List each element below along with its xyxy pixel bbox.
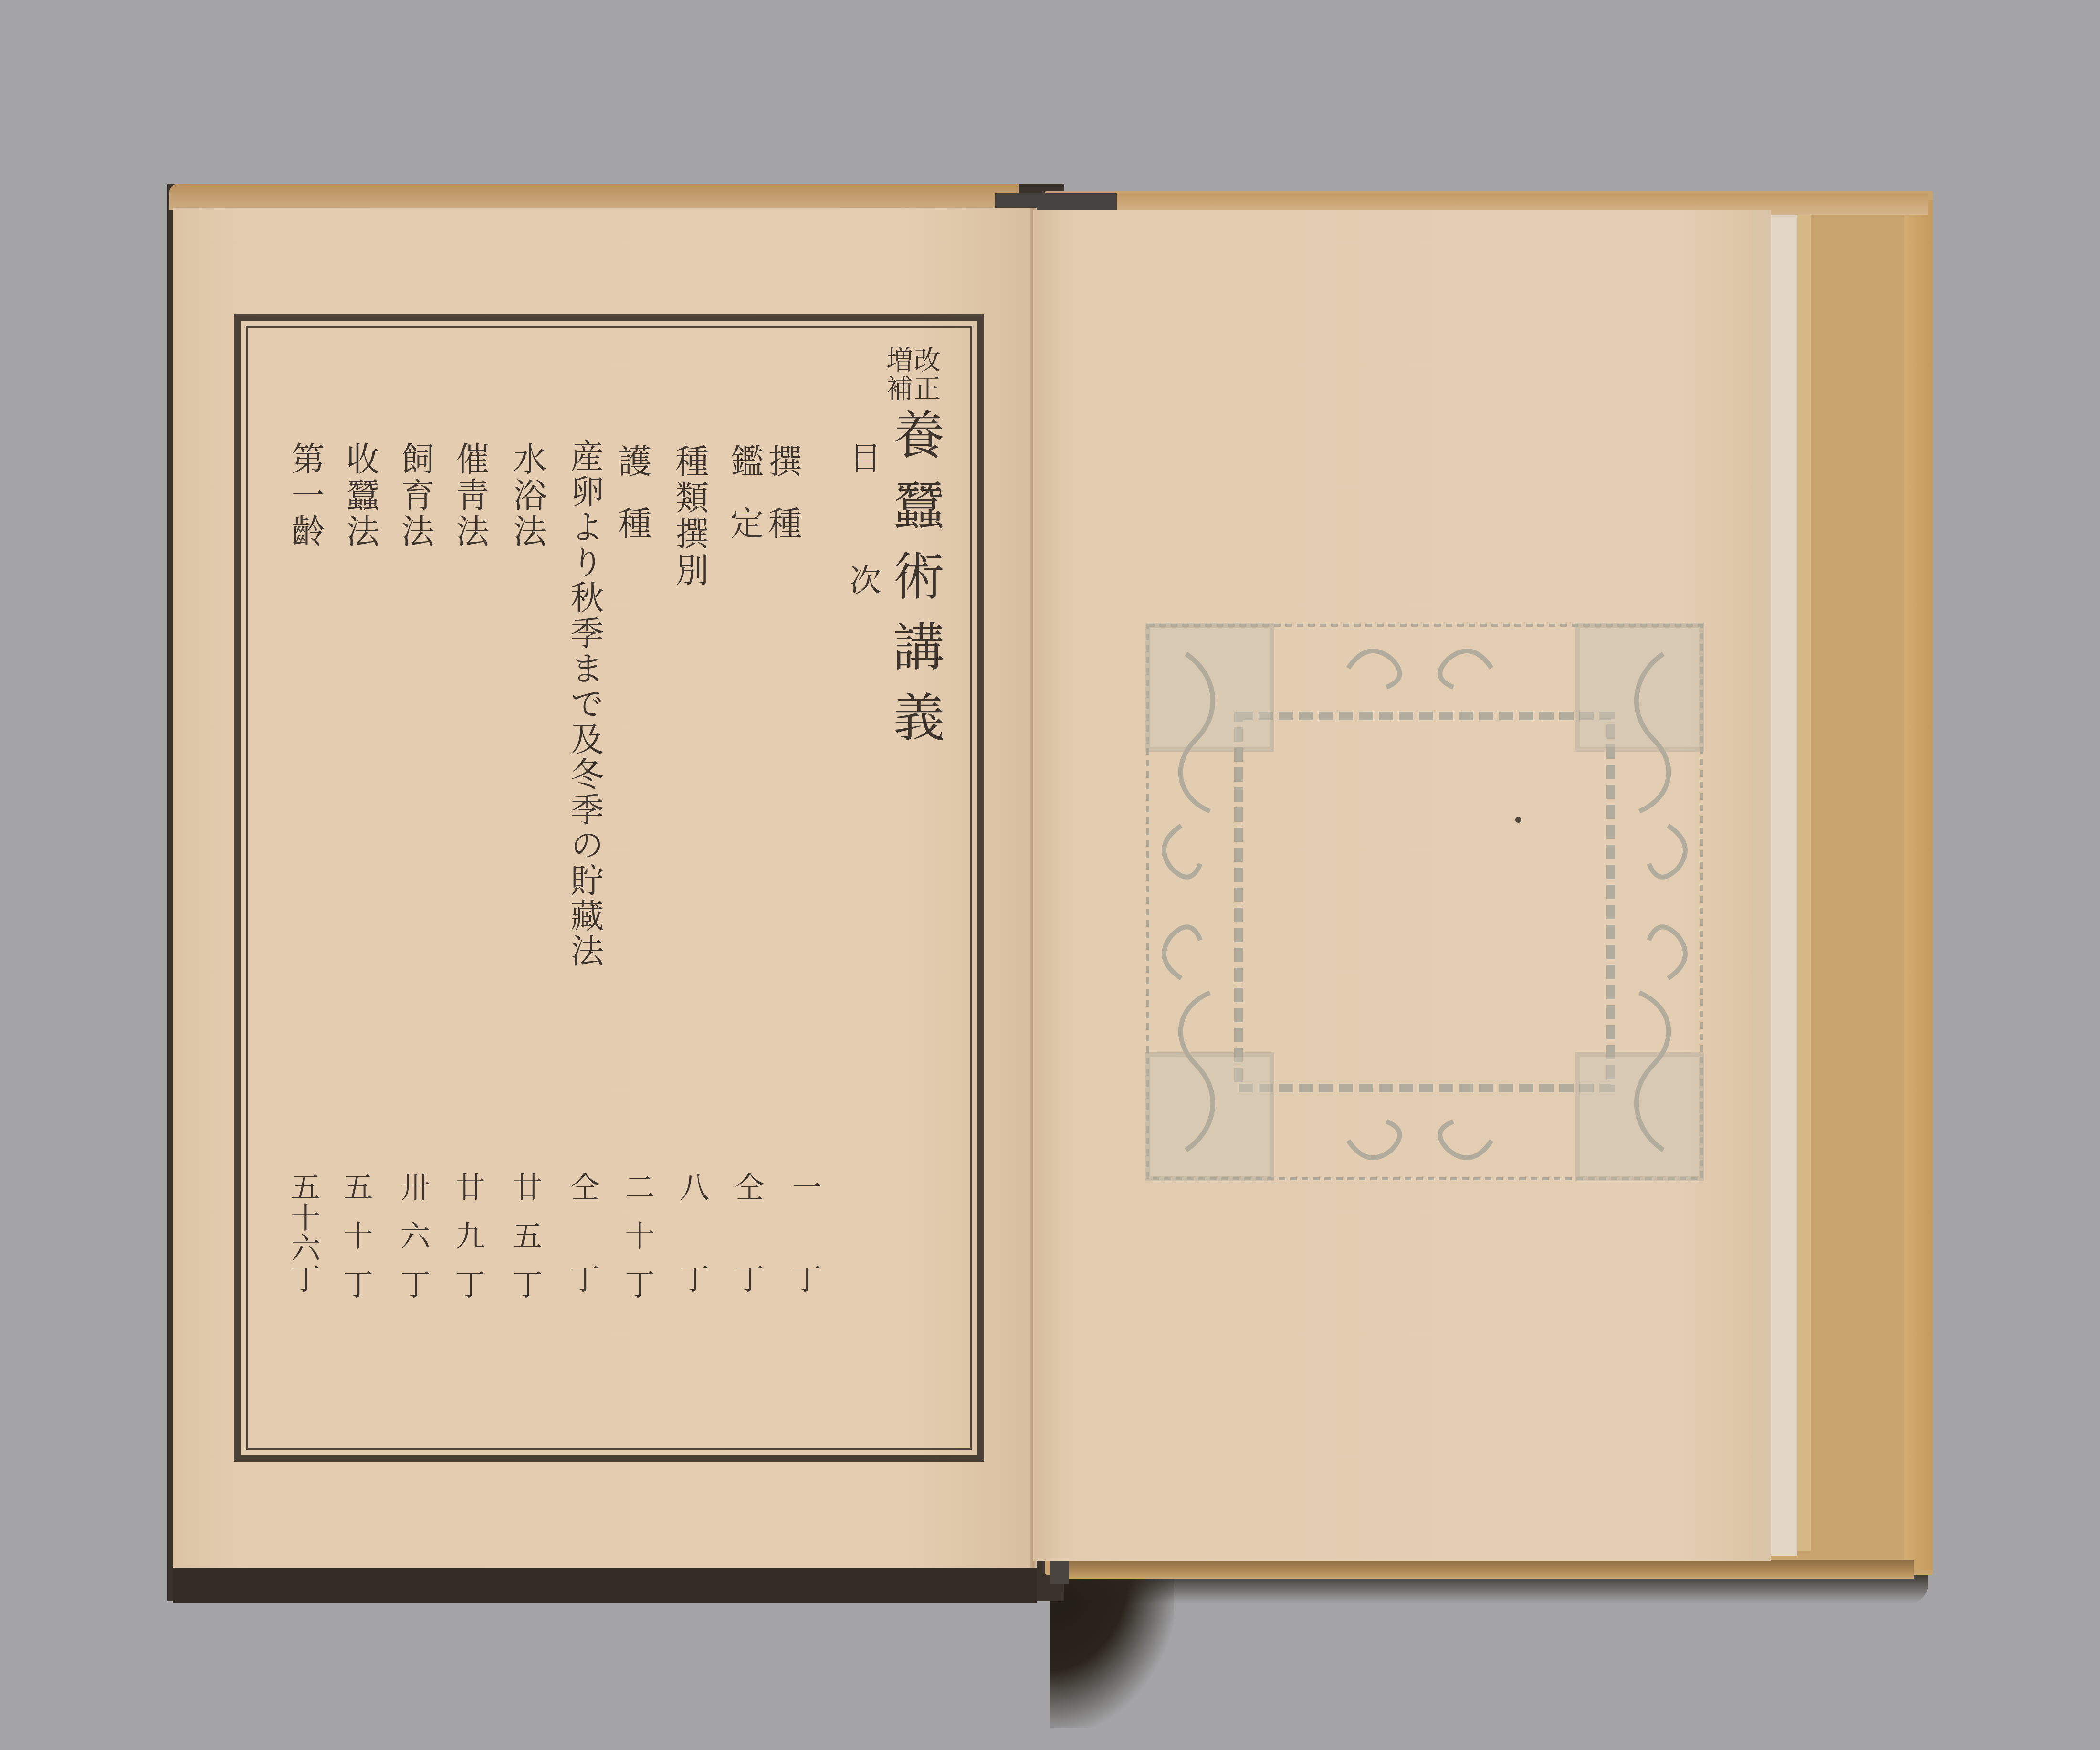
ornamental-frame-icon	[1119, 597, 1730, 1207]
toc-page-number: 卅六丁	[396, 1172, 430, 1318]
page-top-edge-left	[169, 184, 1019, 210]
toc-entry-title[interactable]: 撰種	[764, 444, 802, 568]
toc-page-number: 廿九丁	[451, 1172, 484, 1318]
toc-entry-title[interactable]: 鑑定	[725, 444, 764, 568]
toc-page-number: 八丁	[675, 1172, 709, 1355]
toc-page-number: 五十六丁	[286, 1172, 320, 1294]
toc-entry-title[interactable]: 護種	[613, 444, 651, 568]
toc-entry-title[interactable]: 水浴法	[508, 441, 546, 550]
page-stack	[1770, 215, 1797, 1556]
toc-entry-title[interactable]: 種類撰別	[671, 444, 709, 589]
paper-speck	[1515, 817, 1521, 823]
toc-page-number: 仝丁	[566, 1172, 599, 1355]
toc-page-number: 二十丁	[620, 1172, 654, 1318]
book-title: 養蠶術講義	[888, 408, 940, 761]
toc-page-number: 一丁	[787, 1172, 821, 1355]
page-stack	[1751, 210, 1771, 1561]
toc-entry-title[interactable]: 收蠶法	[341, 441, 379, 550]
spine-cloth-bottom	[1050, 1561, 1069, 1584]
page-stack	[1796, 215, 1811, 1551]
title-prefix-zoho: 増補	[883, 346, 912, 403]
title-prefix-kaisei: 改正	[911, 346, 939, 403]
cover-edge-bottom	[1064, 1560, 1914, 1579]
toc-page-number: 五十丁	[339, 1172, 372, 1318]
book-shadow-bottom	[1055, 1575, 1928, 1603]
toc-entry-title[interactable]: 催靑法	[451, 441, 489, 550]
cover-edge-right	[1904, 200, 1933, 1570]
toc-heading: 目次	[840, 441, 885, 686]
toc-page-number: 仝丁	[730, 1172, 764, 1355]
toc-page-number: 廿五丁	[508, 1172, 542, 1318]
toc-entry-title[interactable]: 産卵より秋季まで及冬季の貯藏法	[566, 439, 604, 969]
toc-entry-title[interactable]: 第一齡	[286, 441, 325, 550]
toc-entry-title[interactable]: 飼育法	[396, 441, 434, 550]
